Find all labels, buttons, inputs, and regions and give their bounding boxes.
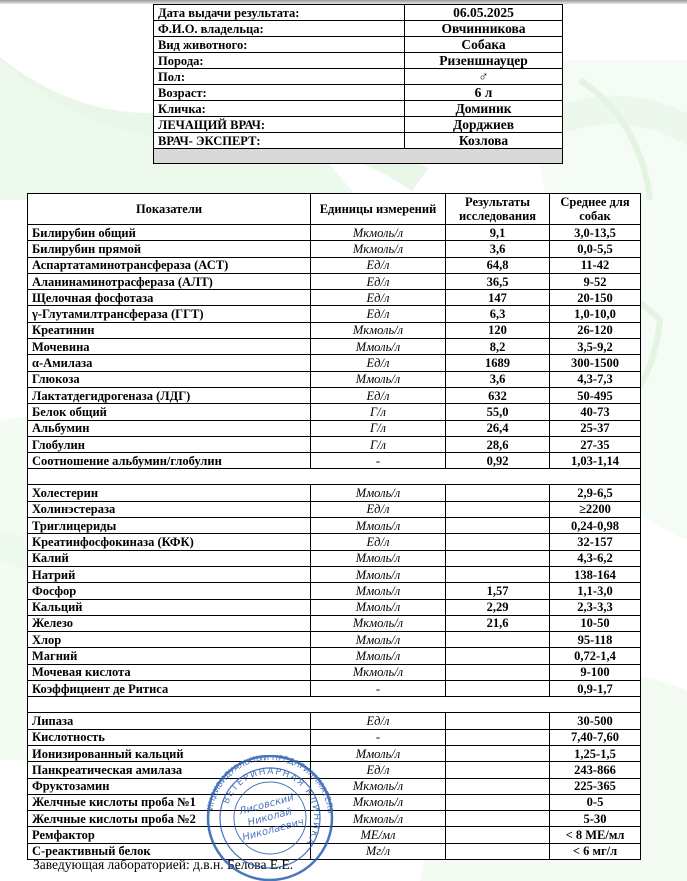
indicator-name: Креатинфосфокиназа (КФК)	[28, 534, 311, 550]
result-cell	[446, 664, 550, 680]
indicator-name: α-Амилаза	[28, 355, 311, 371]
table-row: ХолинэстеразаЕд/л≥2200	[28, 501, 641, 517]
result-cell	[446, 632, 550, 648]
indicator-name: Фосфор	[28, 583, 311, 599]
info-label: Ф.И.О. владельца:	[154, 21, 405, 37]
table-row: Креатинфосфокиназа (КФК)Ед/л32-157	[28, 534, 641, 550]
indicator-name: Хлор	[28, 632, 311, 648]
unit-cell: Ммоль/л	[311, 485, 446, 501]
result-cell: 8,2	[446, 339, 550, 355]
info-label: Возраст:	[154, 85, 405, 101]
indicator-name: Железо	[28, 615, 311, 631]
reference-range-cell: 1,1-3,0	[550, 583, 641, 599]
reference-range-cell: < 8 МЕ/мл	[550, 827, 641, 843]
unit-cell: Ед/л	[311, 290, 446, 306]
reference-range-cell: 32-157	[550, 534, 641, 550]
table-row: МагнийМмоль/л0,72-1,4	[28, 648, 641, 664]
info-row: Вид животного:Собака	[154, 37, 563, 53]
reference-range-cell: 1,0-10,0	[550, 306, 641, 322]
indicator-name: Соотношение альбумин/глобулин	[28, 453, 311, 469]
table-row: Щелочная фосфотазаЕд/л14720-150	[28, 290, 641, 306]
table-row: Аланинаминотрасфераза (АЛТ)Ед/л36,59-52	[28, 273, 641, 289]
info-label: Вид животного:	[154, 37, 405, 53]
info-row: Порода:Ризеншнауцер	[154, 53, 563, 69]
indicator-name: Коэффициент де Ритиса	[28, 681, 311, 697]
info-value: ♂	[405, 69, 563, 85]
unit-cell: Ед/л	[311, 713, 446, 729]
result-cell	[446, 778, 550, 794]
result-cell: 147	[446, 290, 550, 306]
result-cell	[446, 550, 550, 566]
unit-cell: Ммоль/л	[311, 566, 446, 582]
table-row: ХлорМмоль/л95-118	[28, 632, 641, 648]
reference-range-cell: 0,9-1,7	[550, 681, 641, 697]
result-cell: 26,4	[446, 420, 550, 436]
unit-cell: Ед/л	[311, 306, 446, 322]
table-row: КреатининМкмоль/л12026-120	[28, 322, 641, 338]
section-spacer-row	[28, 469, 641, 485]
result-cell	[446, 762, 550, 778]
info-label: Кличка:	[154, 101, 405, 117]
info-value: Собака	[405, 37, 563, 53]
result-cell	[446, 681, 550, 697]
result-cell	[446, 485, 550, 501]
reference-range-cell: 95-118	[550, 632, 641, 648]
info-label: ЛЕЧАЩИЙ ВРАЧ:	[154, 117, 405, 133]
result-cell	[446, 518, 550, 534]
unit-cell: Ед/л	[311, 355, 446, 371]
table-row: Билирубин прямойМкмоль/л3,60,0-5,5	[28, 241, 641, 257]
spacer-cell	[28, 697, 641, 713]
reference-range-cell: 3,0-13,5	[550, 225, 641, 241]
indicator-name: Холинэстераза	[28, 501, 311, 517]
table-row: Аспартатаминотрансфераза (АСТ)Ед/л64,811…	[28, 257, 641, 273]
reference-range-cell: 25-37	[550, 420, 641, 436]
reference-range-cell: 138-164	[550, 566, 641, 582]
result-cell	[446, 794, 550, 810]
result-cell	[446, 648, 550, 664]
result-cell	[446, 843, 550, 859]
reference-range-cell: 1,25-1,5	[550, 745, 641, 761]
indicator-name: Магний	[28, 648, 311, 664]
info-row: Пол:♂	[154, 69, 563, 85]
reference-range-cell: 0,24-0,98	[550, 518, 641, 534]
reference-range-cell: 20-150	[550, 290, 641, 306]
unit-cell: Ммоль/л	[311, 583, 446, 599]
unit-cell: -	[311, 729, 446, 745]
info-row: Дата выдачи результата:06.05.2025	[154, 5, 563, 21]
reference-range-cell: 2,3-3,3	[550, 599, 641, 615]
result-cell: 28,6	[446, 436, 550, 452]
unit-cell: Мкмоль/л	[311, 322, 446, 338]
result-cell: 55,0	[446, 404, 550, 420]
header-indicator: Показатели	[28, 194, 311, 225]
indicator-name: Альбумин	[28, 420, 311, 436]
unit-cell: Г/л	[311, 420, 446, 436]
section-spacer-row	[28, 697, 641, 713]
header-reference: Среднее для собак	[550, 194, 641, 225]
table-row: ЛипазаЕд/л30-500	[28, 713, 641, 729]
result-cell: 0,92	[446, 453, 550, 469]
table-row: Коэффициент де Ритиса-0,9-1,7	[28, 681, 641, 697]
info-value: 6 л	[405, 85, 563, 101]
table-header-row: Показатели Единицы измерений Результаты …	[28, 194, 641, 225]
patient-info-table: Дата выдачи результата:06.05.2025Ф.И.О. …	[153, 4, 563, 164]
indicator-name: Лактатдегидрогеназа (ЛДГ)	[28, 387, 311, 403]
info-value: Дорджиев	[405, 117, 563, 133]
result-cell: 120	[446, 322, 550, 338]
result-cell	[446, 501, 550, 517]
result-cell: 3,6	[446, 371, 550, 387]
reference-range-cell: 9-52	[550, 273, 641, 289]
indicator-name: Белок общий	[28, 404, 311, 420]
unit-cell: Ммоль/л	[311, 339, 446, 355]
indicator-name: Натрий	[28, 566, 311, 582]
indicator-name: Триглицериды	[28, 518, 311, 534]
result-cell: 36,5	[446, 273, 550, 289]
reference-range-cell: < 6 мг/л	[550, 843, 641, 859]
reference-range-cell: 30-500	[550, 713, 641, 729]
table-row: Мочевая кислотаМкмоль/л9-100	[28, 664, 641, 680]
table-row: α-АмилазаЕд/л1689300-1500	[28, 355, 641, 371]
indicator-name: Холестерин	[28, 485, 311, 501]
table-row: ГлюкозаМмоль/л3,64,3-7,3	[28, 371, 641, 387]
reference-range-cell: ≥2200	[550, 501, 641, 517]
reference-range-cell: 7,40-7,60	[550, 729, 641, 745]
result-cell: 64,8	[446, 257, 550, 273]
indicator-name: γ-Глутамилтрансфераза (ГГТ)	[28, 306, 311, 322]
reference-range-cell: 243-866	[550, 762, 641, 778]
info-value: Козлова	[405, 133, 563, 149]
indicator-name: Билирубин общий	[28, 225, 311, 241]
header-units: Единицы измерений	[311, 194, 446, 225]
result-cell	[446, 729, 550, 745]
table-row: ФосфорМмоль/л1,571,1-3,0	[28, 583, 641, 599]
table-row: Соотношение альбумин/глобулин-0,921,03-1…	[28, 453, 641, 469]
clinic-stamp: ИНДИВИДУАЛЬНЫЙ ПРЕДПРИНИМАТЕЛЬ ВЕТЕРИНАР…	[195, 755, 345, 881]
unit-cell: Мкмоль/л	[311, 664, 446, 680]
indicator-name: Глюкоза	[28, 371, 311, 387]
indicator-name: Мочевая кислота	[28, 664, 311, 680]
indicator-name: Кислотность	[28, 729, 311, 745]
result-cell: 3,6	[446, 241, 550, 257]
reference-range-cell: 0,72-1,4	[550, 648, 641, 664]
header-results: Результаты исследования	[446, 194, 550, 225]
unit-cell: Ммоль/л	[311, 599, 446, 615]
reference-range-cell: 50-495	[550, 387, 641, 403]
info-value: Ризеншнауцер	[405, 53, 563, 69]
unit-cell: Мкмоль/л	[311, 241, 446, 257]
reference-range-cell: 10-50	[550, 615, 641, 631]
reference-range-cell: 225-365	[550, 778, 641, 794]
result-cell: 6,3	[446, 306, 550, 322]
unit-cell: Ед/л	[311, 387, 446, 403]
spacer-cell	[28, 469, 641, 485]
unit-cell: Мкмоль/л	[311, 615, 446, 631]
unit-cell: Ммоль/л	[311, 632, 446, 648]
unit-cell: -	[311, 453, 446, 469]
indicator-name: Кальций	[28, 599, 311, 615]
reference-range-cell: 4,3-7,3	[550, 371, 641, 387]
unit-cell: Ед/л	[311, 501, 446, 517]
table-row: γ-Глутамилтрансфераза (ГГТ)Ед/л6,31,0-10…	[28, 306, 641, 322]
table-row: КалийМмоль/л4,3-6,2	[28, 550, 641, 566]
info-empty-row	[154, 149, 563, 164]
info-label: Дата выдачи результата:	[154, 5, 405, 21]
unit-cell: Мкмоль/л	[311, 225, 446, 241]
unit-cell: Ммоль/л	[311, 371, 446, 387]
info-row: Кличка:Доминик	[154, 101, 563, 117]
indicator-name: Билирубин прямой	[28, 241, 311, 257]
table-row: МочевинаМмоль/л8,23,5-9,2	[28, 339, 641, 355]
info-row: ВРАЧ- ЭКСПЕРТ:Козлова	[154, 133, 563, 149]
result-cell: 2,29	[446, 599, 550, 615]
result-cell: 9,1	[446, 225, 550, 241]
reference-range-cell: 11-42	[550, 257, 641, 273]
reference-range-cell: 300-1500	[550, 355, 641, 371]
info-row: Возраст:6 л	[154, 85, 563, 101]
unit-cell: -	[311, 681, 446, 697]
result-cell: 1689	[446, 355, 550, 371]
indicator-name: Калий	[28, 550, 311, 566]
table-row: ТриглицеридыМмоль/л0,24-0,98	[28, 518, 641, 534]
indicator-name: Аспартатаминотрансфераза (АСТ)	[28, 257, 311, 273]
unit-cell: Г/л	[311, 404, 446, 420]
unit-cell: Г/л	[311, 436, 446, 452]
info-value: Овчинникова	[405, 21, 563, 37]
info-row: ЛЕЧАЩИЙ ВРАЧ:Дорджиев	[154, 117, 563, 133]
table-row: Белок общийГ/л55,040-73	[28, 404, 641, 420]
result-cell	[446, 745, 550, 761]
result-cell	[446, 566, 550, 582]
indicator-name: Щелочная фосфотаза	[28, 290, 311, 306]
info-label: Порода:	[154, 53, 405, 69]
table-row: ЖелезоМкмоль/л21,610-50	[28, 615, 641, 631]
table-row: НатрийМмоль/л138-164	[28, 566, 641, 582]
reference-range-cell: 0,0-5,5	[550, 241, 641, 257]
reference-range-cell: 40-73	[550, 404, 641, 420]
table-row: ГлобулинГ/л28,627-35	[28, 436, 641, 452]
table-row: ХолестеринМмоль/л2,9-6,5	[28, 485, 641, 501]
indicator-name: Глобулин	[28, 436, 311, 452]
reference-range-cell: 26-120	[550, 322, 641, 338]
result-cell: 632	[446, 387, 550, 403]
info-label: Пол:	[154, 69, 405, 85]
reference-range-cell: 9-100	[550, 664, 641, 680]
table-row: АльбуминГ/л26,425-37	[28, 420, 641, 436]
unit-cell: Ммоль/л	[311, 550, 446, 566]
indicator-name: Мочевина	[28, 339, 311, 355]
result-cell	[446, 534, 550, 550]
reference-range-cell: 1,03-1,14	[550, 453, 641, 469]
info-value: 06.05.2025	[405, 5, 563, 21]
result-cell	[446, 811, 550, 827]
table-row: Лактатдегидрогеназа (ЛДГ)Ед/л63250-495	[28, 387, 641, 403]
reference-range-cell: 4,3-6,2	[550, 550, 641, 566]
table-row: Кислотность-7,40-7,60	[28, 729, 641, 745]
info-empty-cell	[154, 149, 563, 164]
unit-cell: Ммоль/л	[311, 648, 446, 664]
unit-cell: Ед/л	[311, 257, 446, 273]
table-row: Билирубин общийМкмоль/л9,13,0-13,5	[28, 225, 641, 241]
indicator-name: Липаза	[28, 713, 311, 729]
result-cell: 21,6	[446, 615, 550, 631]
unit-cell: Ед/л	[311, 273, 446, 289]
reference-range-cell: 27-35	[550, 436, 641, 452]
reference-range-cell: 5-30	[550, 811, 641, 827]
info-label: ВРАЧ- ЭКСПЕРТ:	[154, 133, 405, 149]
reference-range-cell: 3,5-9,2	[550, 339, 641, 355]
info-row: Ф.И.О. владельца:Овчинникова	[154, 21, 563, 37]
unit-cell: Ед/л	[311, 534, 446, 550]
result-cell	[446, 713, 550, 729]
result-cell	[446, 827, 550, 843]
info-value: Доминик	[405, 101, 563, 117]
reference-range-cell: 0-5	[550, 794, 641, 810]
indicator-name: Креатинин	[28, 322, 311, 338]
result-cell: 1,57	[446, 583, 550, 599]
indicator-name: Аланинаминотрасфераза (АЛТ)	[28, 273, 311, 289]
reference-range-cell: 2,9-6,5	[550, 485, 641, 501]
unit-cell: Ммоль/л	[311, 518, 446, 534]
table-row: КальцийМмоль/л2,292,3-3,3	[28, 599, 641, 615]
